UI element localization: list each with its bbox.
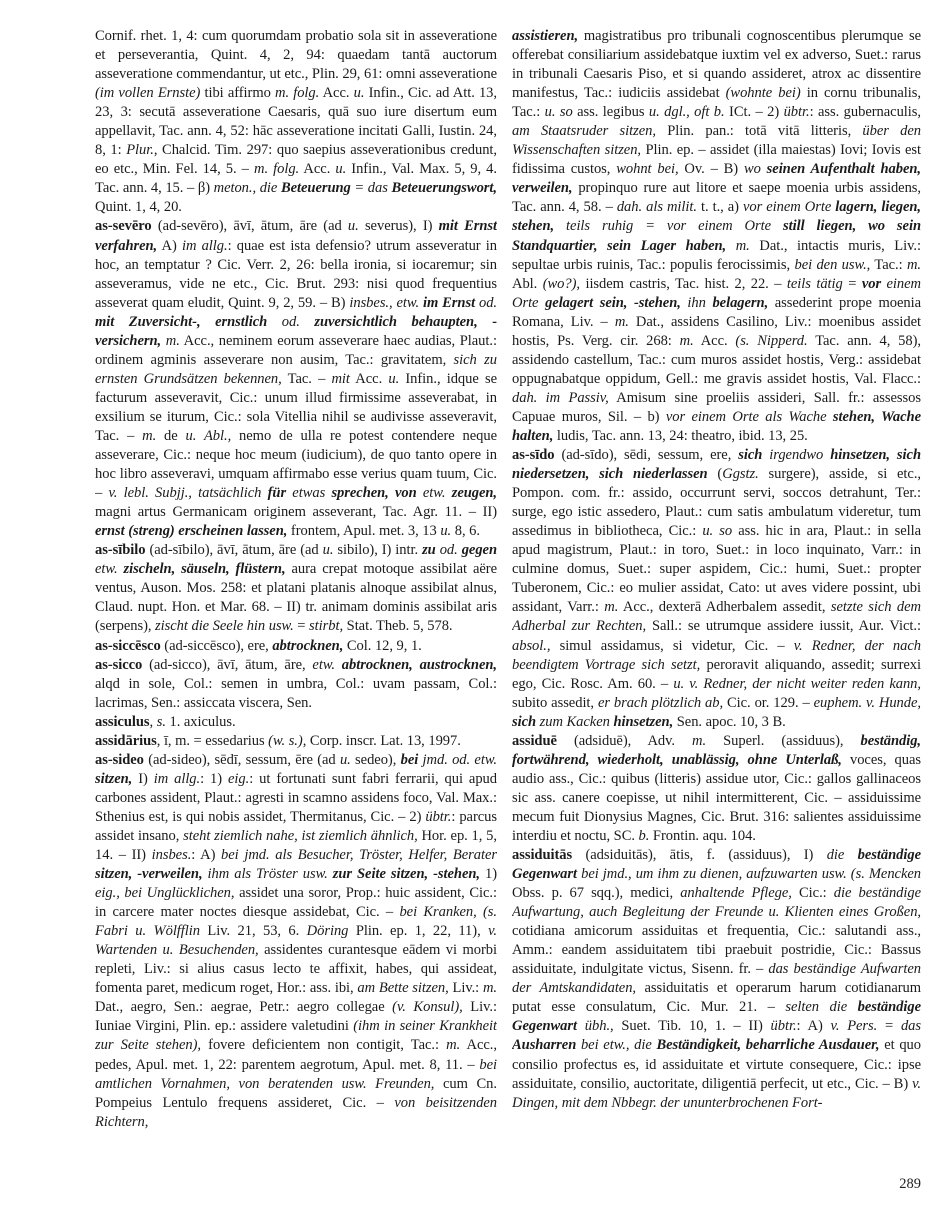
entry-assideo-continuation: assistieren, magistratibus pro tribunali… [512,27,921,446]
entry-assevero: as-sevēro (ad-sevēro), āvī, ātum, āre (a… [95,217,497,541]
dictionary-page: Cornif. rhet. 1, 4: cum quorumdam probat… [0,0,935,1210]
page-number: 289 [512,1176,921,1193]
right-column: assistieren, magistratibus pro tribunali… [512,27,921,1199]
entry-assibilo: as-sībilo (ad-sībilo), āvī, ātum, āre (a… [95,541,497,636]
entry-assiculus: assiculus, s. 1. axiculus. [95,713,497,732]
entry-assiccesco: as-siccēsco (ad-siccēsco), ere, abtrockn… [95,637,497,656]
entry-assiduitas: assiduitās (adsiduitās), ātis, f. (assid… [512,846,921,1113]
entry-asseveratio-continuation: Cornif. rhet. 1, 4: cum quorumdam probat… [95,27,497,217]
entry-assidarius: assidārius, ī, m. = essedarius (w. s.), … [95,732,497,751]
entry-assicco: as-sicco (ad-sicco), āvī, ātum, āre, etw… [95,656,497,713]
entry-assido: as-sīdo (ad-sīdo), sēdi, sessum, ere, si… [512,446,921,732]
entry-assideo: as-sideo (ad-sideo), sēdī, sessum, ēre (… [95,751,497,1132]
entry-assidue: assiduē (adsiduē), Adv. m. Superl. (assi… [512,732,921,846]
left-column: Cornif. rhet. 1, 4: cum quorumdam probat… [95,27,497,1199]
